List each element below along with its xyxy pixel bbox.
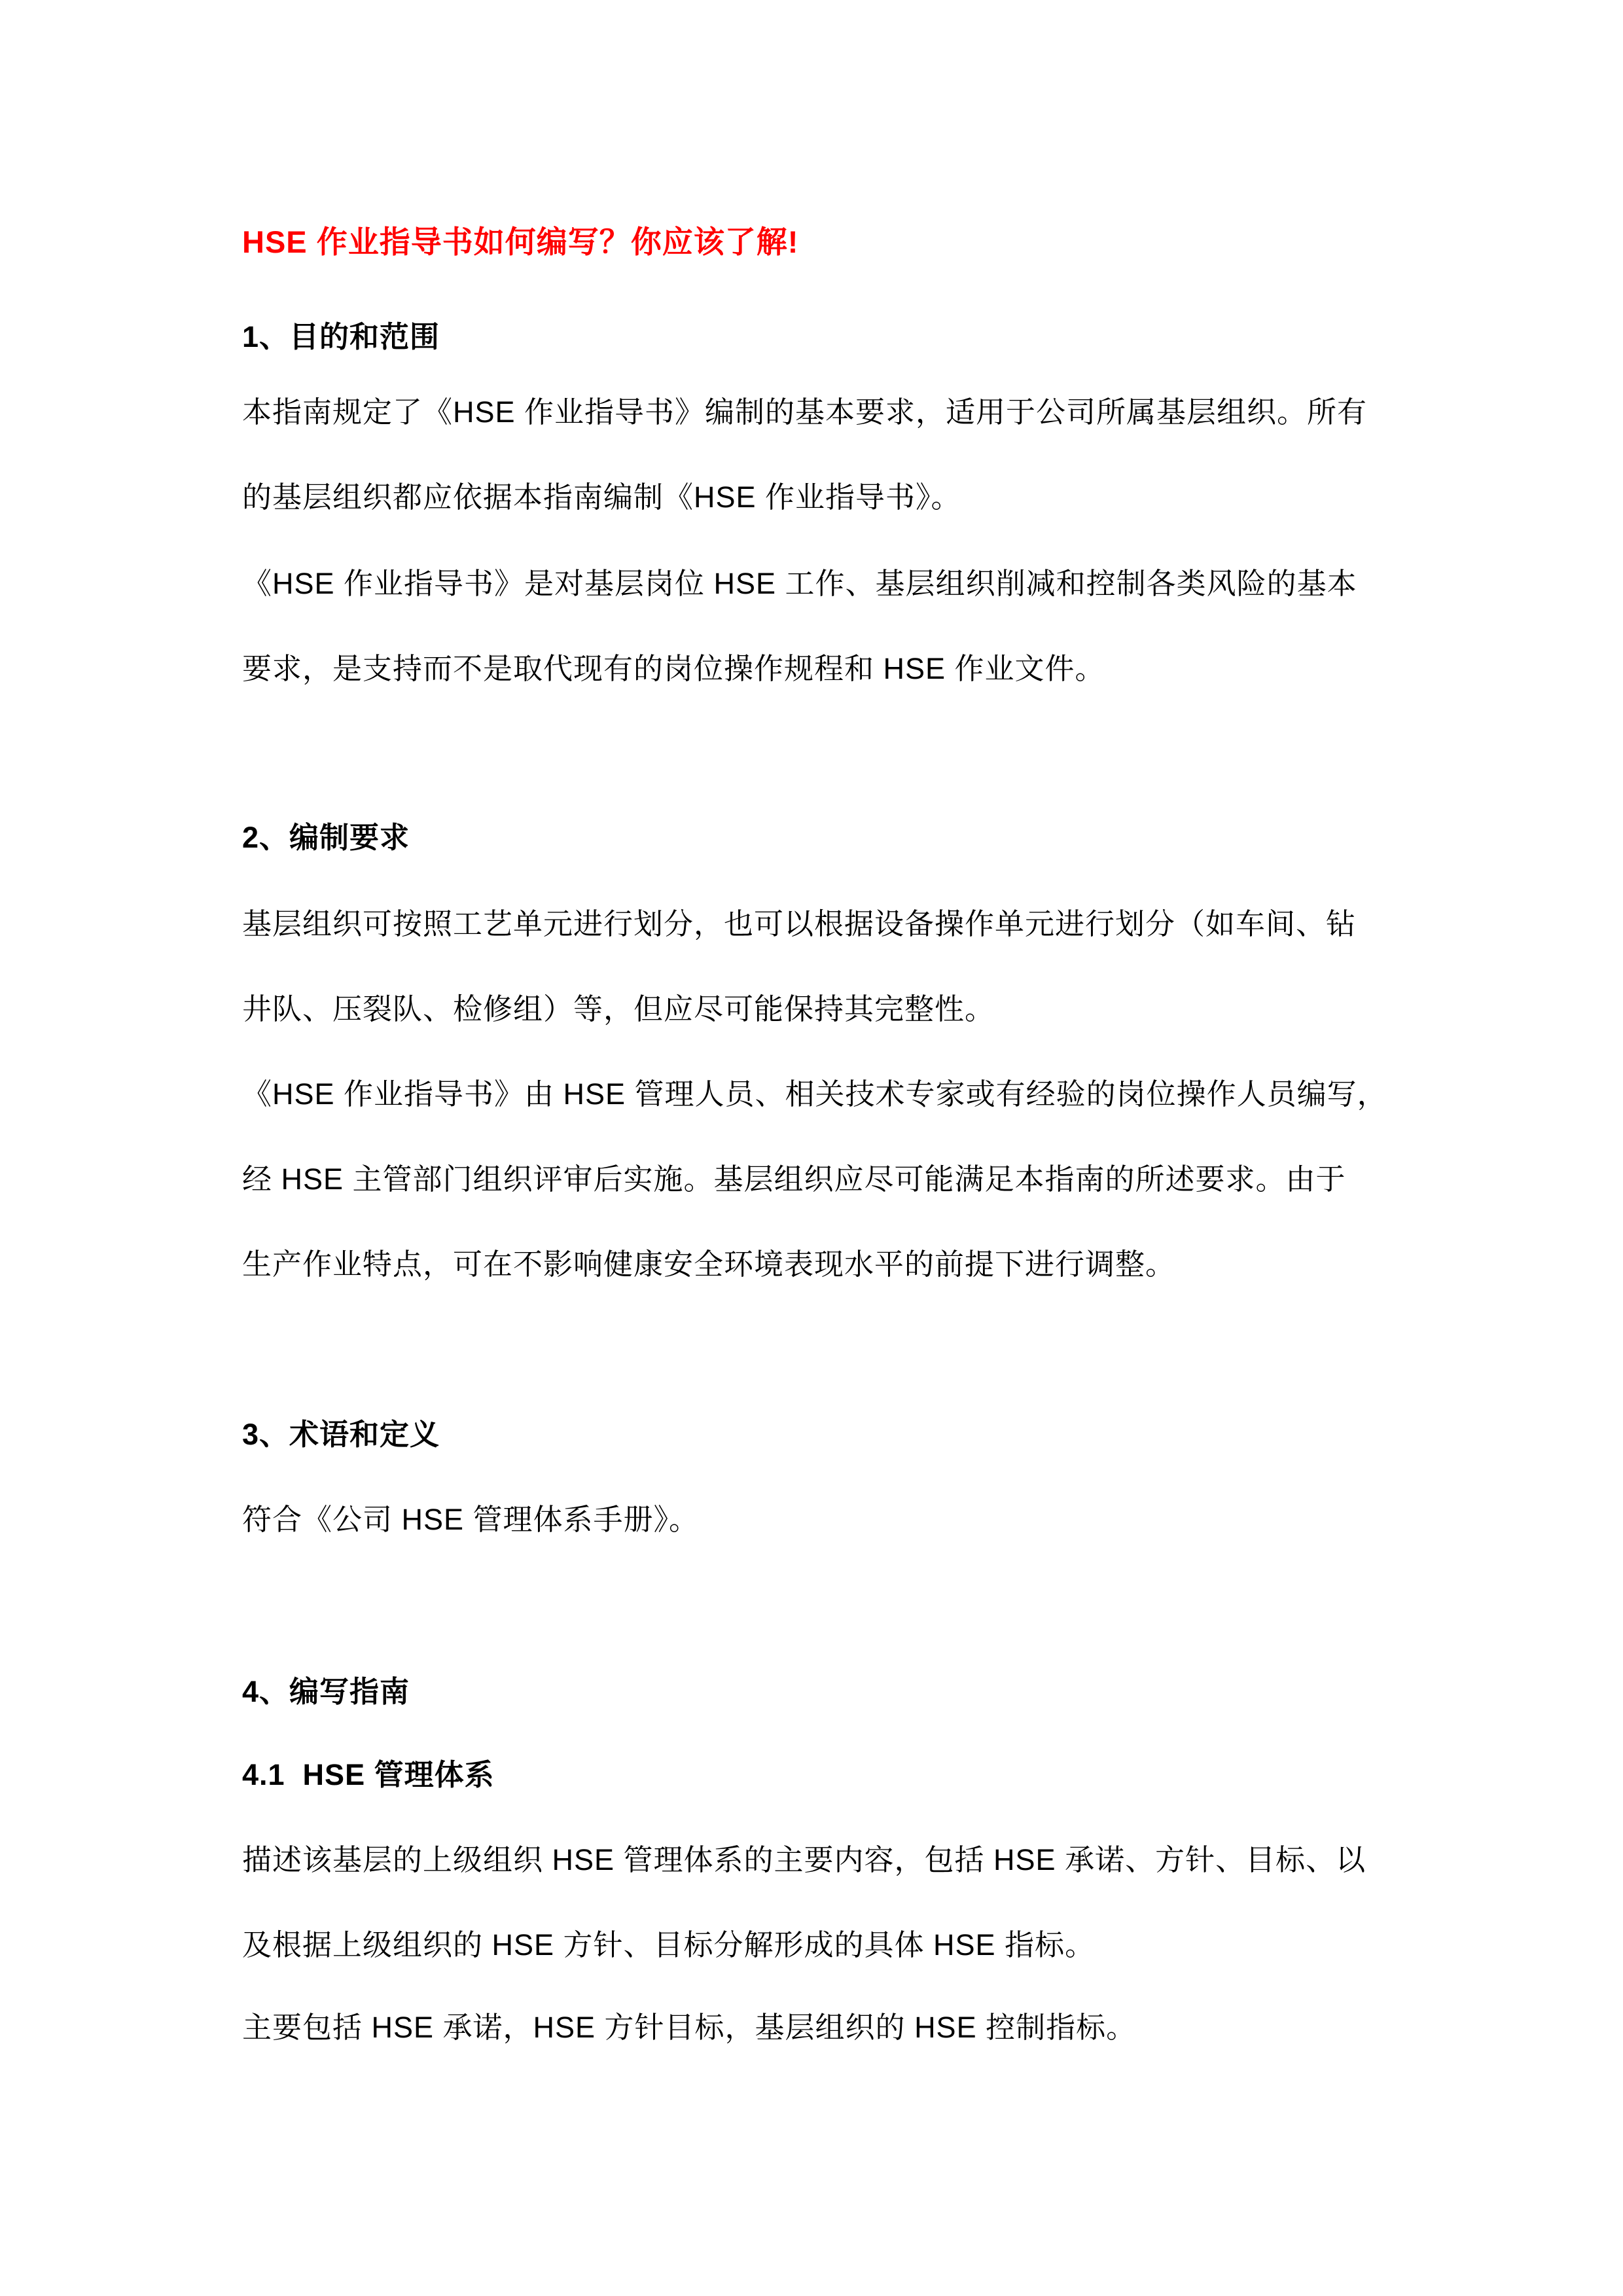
- section-1-paragraph-1: 本指南规定了《HSE 作业指导书》编制的基本要求，适用于公司所属基层组织。所有 …: [242, 370, 1446, 540]
- section-4-subheading: 4.1 HSE 管理体系: [242, 1732, 1446, 1818]
- section-1-paragraph-2: 《HSE 作业指导书》是对基层岗位 HSE 工作、基层组织削减和控制各类风险的基…: [242, 541, 1446, 711]
- section-1-heading: 1、目的和范围: [242, 295, 1446, 380]
- section-2-heading: 2、编制要求: [242, 795, 1446, 880]
- section-4-paragraph-2: 主要包括 HSE 承诺，HSE 方针目标，基层组织的 HSE 控制指标。: [242, 1985, 1446, 2070]
- section-4-heading: 4、编写指南: [242, 1649, 1446, 1734]
- section-3-paragraph-1: 符合《公司 HSE 管理体系手册》。: [242, 1477, 1446, 1562]
- document-page: HSE 作业指导书如何编写？你应该了解! 1、目的和范围 本指南规定了《HSE …: [0, 0, 1623, 2296]
- doc-title: HSE 作业指导书如何编写？你应该了解!: [242, 223, 1446, 262]
- section-2-paragraph-2: 《HSE 作业指导书》由 HSE 管理人员、相关技术专家或有经验的岗位操作人员编…: [242, 1052, 1446, 1307]
- section-2-paragraph-1: 基层组织可按照工艺单元进行划分，也可以根据设备操作单元进行划分（如车间、钻 井队…: [242, 882, 1446, 1052]
- section-4-paragraph-1: 描述该基层的上级组织 HSE 管理体系的主要内容，包括 HSE 承诺、方针、目标…: [242, 1818, 1446, 1988]
- section-3-heading: 3、术语和定义: [242, 1392, 1446, 1477]
